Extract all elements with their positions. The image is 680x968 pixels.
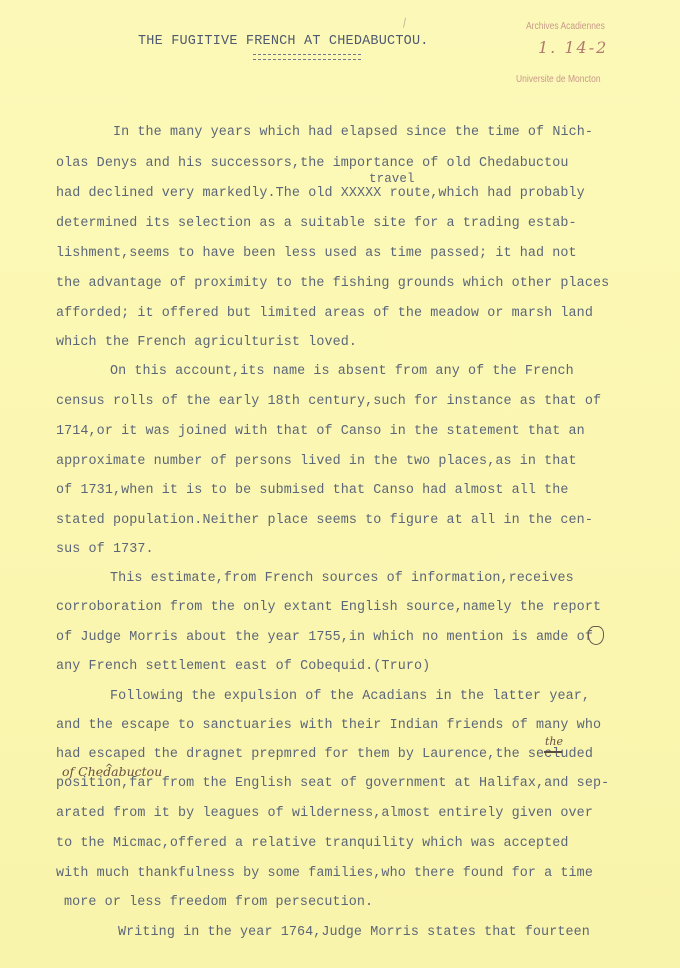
text-line: to the Micmac,offered a relative tranqui…	[56, 836, 569, 851]
text-line: position,far from the English seat of go…	[56, 776, 609, 791]
interlinear-travel: travel	[369, 172, 415, 186]
text-line: the advantage of proximity to the fishin…	[56, 276, 609, 291]
text-line: had escaped the dragnet prepmred for the…	[56, 747, 593, 762]
text-line: On this account,its name is absent from …	[110, 364, 574, 379]
text-line: stated population.Neither place seems to…	[56, 513, 593, 528]
archive-stamp-top: Archives Acadiennes	[526, 21, 605, 32]
text-line: In the many years which had elapsed sinc…	[113, 125, 593, 140]
text-line: arated from it by leagues of wilderness,…	[56, 806, 593, 821]
text-line: lishment,seems to have been less used as…	[56, 246, 577, 261]
document-page: THE FUGITIVE FRENCH AT CHEDABUCTOU. Arch…	[0, 0, 680, 968]
text-line: afforded; it offered but limited areas o…	[56, 306, 593, 321]
document-title: THE FUGITIVE FRENCH AT CHEDABUCTOU.	[138, 34, 429, 49]
archive-stamp-bottom: Universite de Moncton	[516, 74, 601, 85]
archive-reference-number: 1. 14-2	[538, 38, 608, 57]
text-line: of Judge Morris about the year 1755,in w…	[56, 630, 593, 645]
text-line: This estimate,from French sources of inf…	[110, 571, 574, 586]
text-line: with much thankfulness by some families,…	[56, 866, 593, 881]
insertion-caret: ^	[105, 763, 113, 774]
text-line: corroboration from the only extant Engli…	[56, 600, 601, 615]
text-line: any French settlement east of Cobequid.(…	[56, 659, 430, 674]
text-line: of 1731,when it is to be submised that C…	[56, 483, 569, 498]
text-line: olas Denys and his successors,the import…	[56, 156, 569, 171]
text-line: more or less freedom from persecution.	[64, 895, 373, 910]
text-line: and the escape to sanctuaries with their…	[56, 718, 601, 733]
strikethrough-mark	[544, 751, 562, 753]
text-line: which the French agriculturist loved.	[56, 335, 357, 350]
text-line: Following the expulsion of the Acadians …	[110, 689, 590, 704]
correction-circle-mark	[588, 626, 604, 645]
text-line: had declined very markedly.The old XXXXX…	[56, 186, 585, 201]
pencil-mark	[403, 18, 408, 28]
text-line: 1714,or it was joined with that of Canso…	[56, 424, 585, 439]
text-line: determined its selection as a suitable s…	[56, 216, 577, 231]
text-line: sus of 1737.	[56, 542, 154, 557]
text-line: approximate number of persons lived in t…	[56, 454, 577, 469]
text-line: census rolls of the early 18th century,s…	[56, 394, 601, 409]
text-line: Writing in the year 1764,Judge Morris st…	[118, 925, 590, 940]
title-underline	[253, 54, 361, 60]
